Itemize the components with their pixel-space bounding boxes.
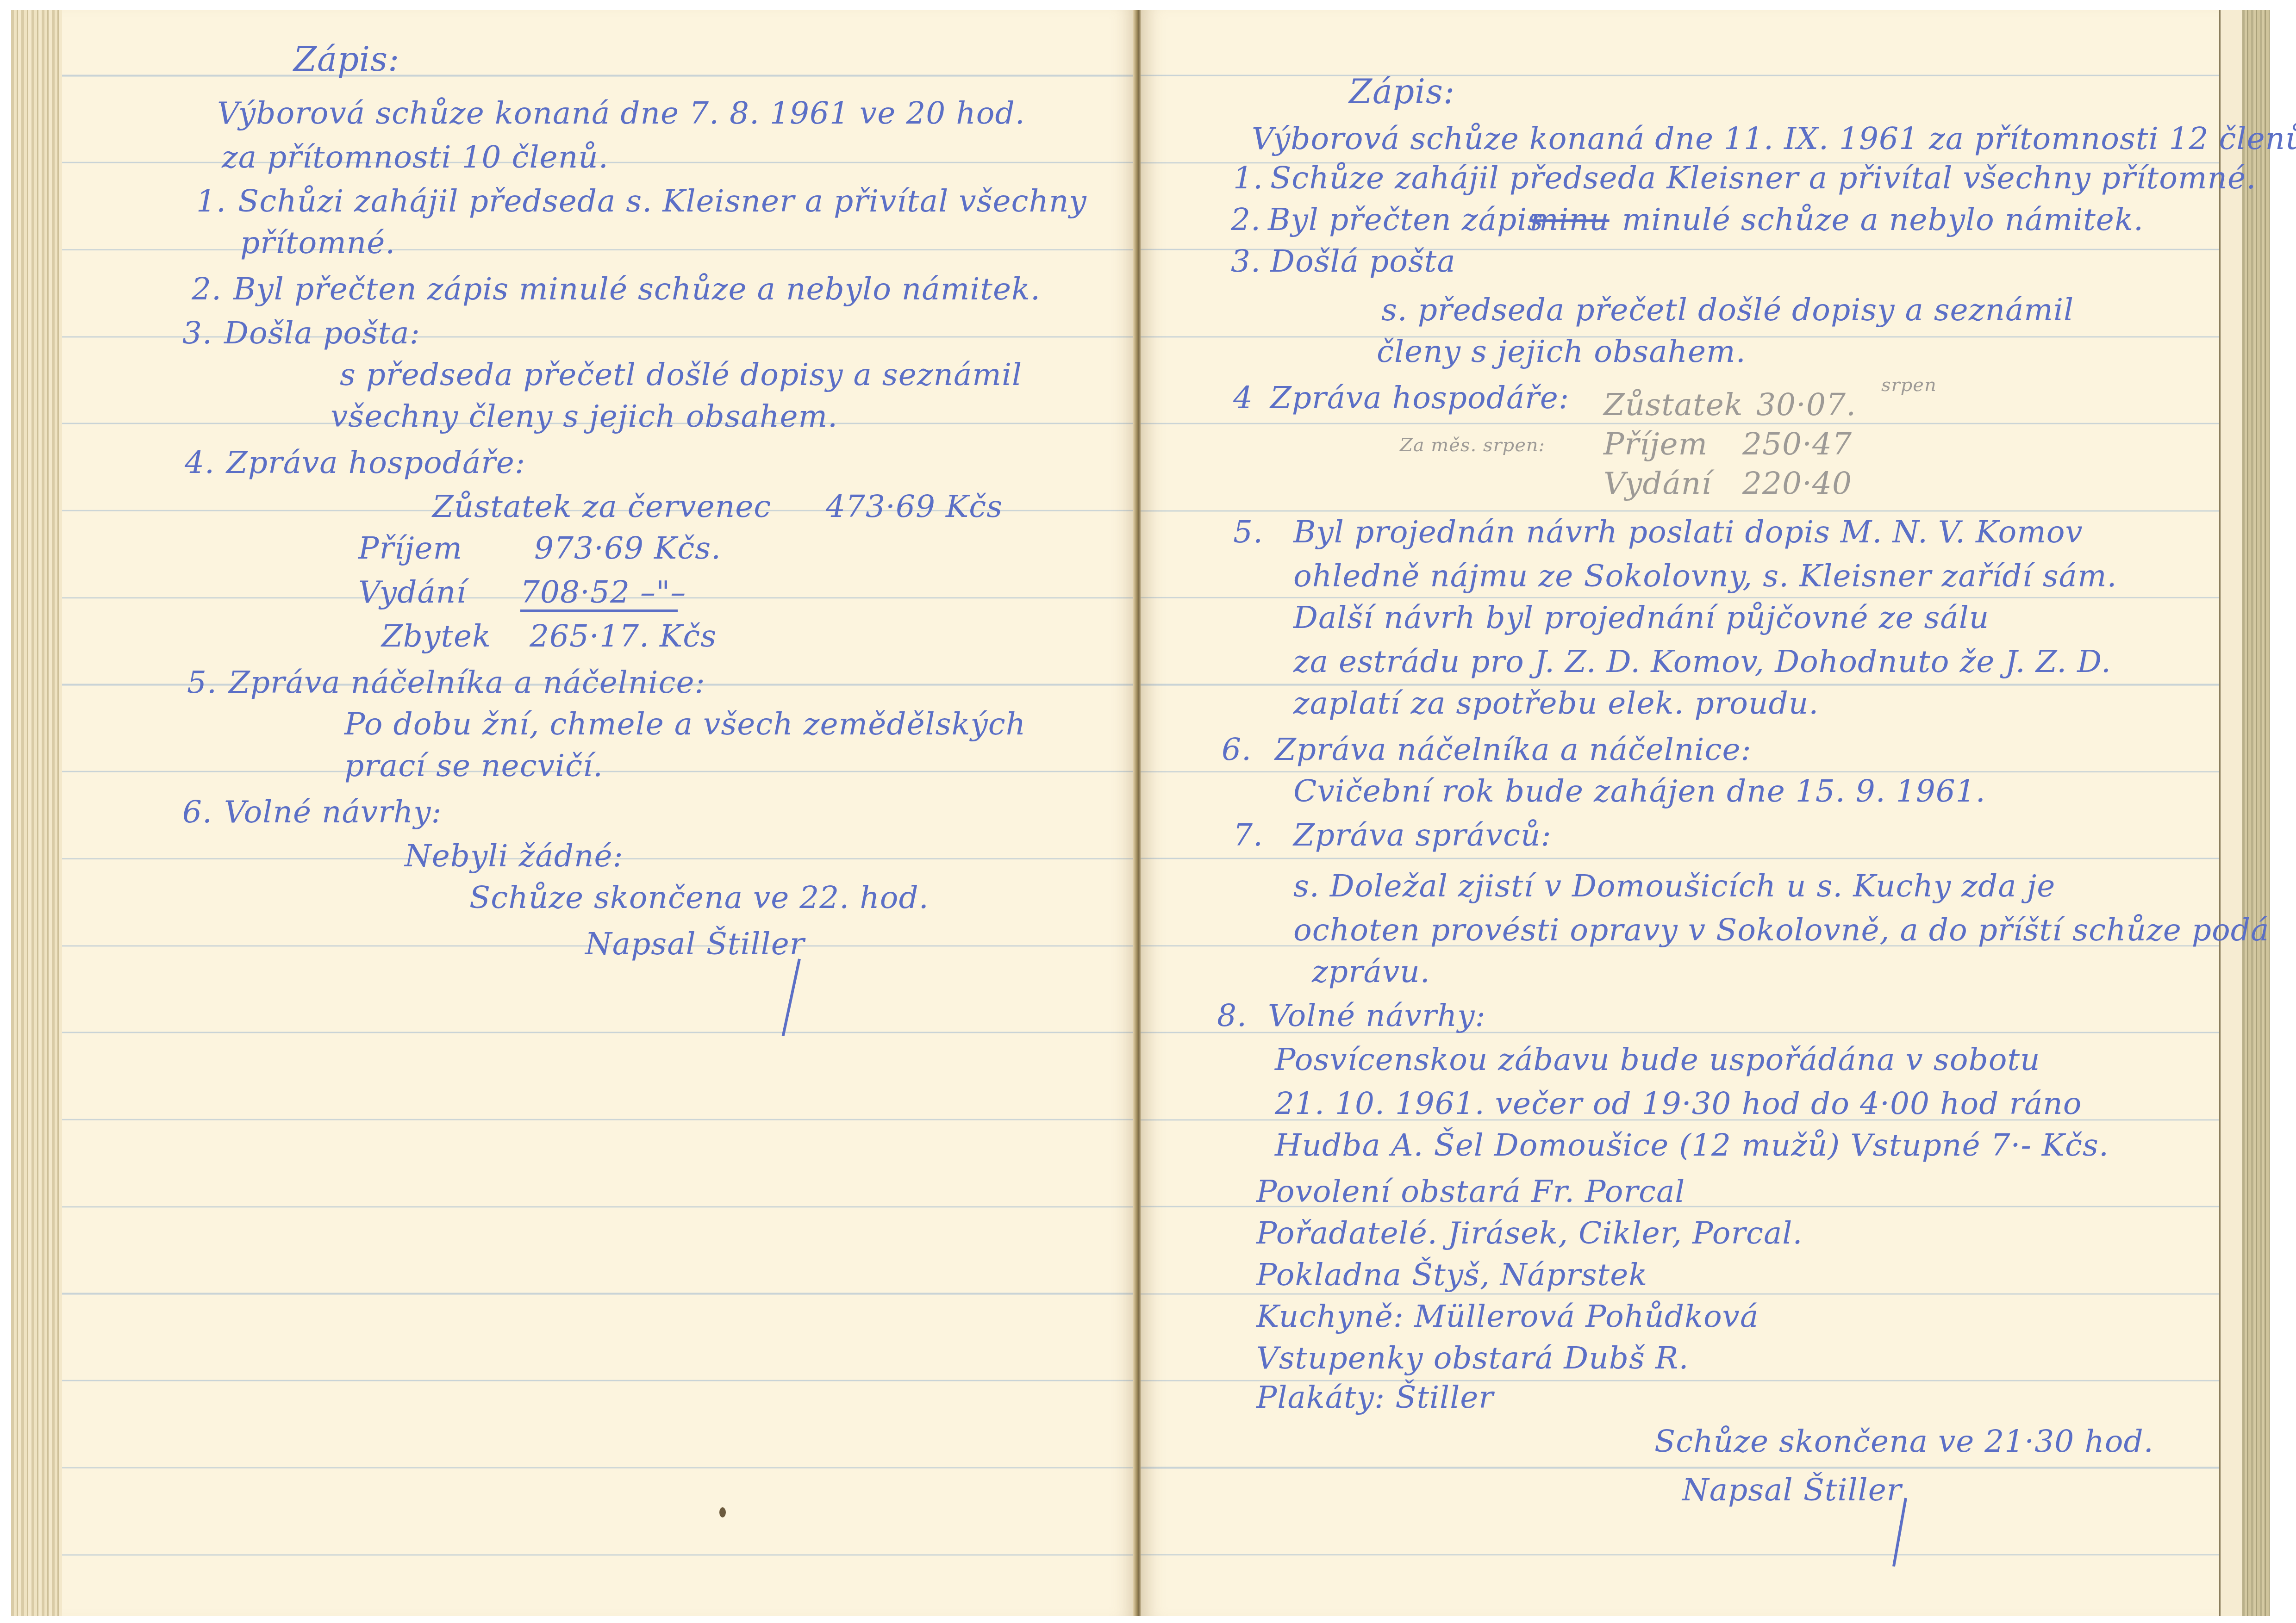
pencil-income-value: 250·47 [1742,429,1852,460]
right-item-8-number: 8. [1217,1001,1247,1031]
right-item-6-number: 6. [1222,734,1252,765]
pencil-balance-label: Zůstatek [1603,390,1743,420]
left-page: Zápis: Výborová schůze konaná dne 7. 8. … [62,10,1136,1616]
pencil-month: srpen [1881,376,1937,394]
expense-value: 708·52 –"– [520,577,678,612]
right-item-2-line-1: Byl přečten zápis [1268,205,1543,235]
right-item-7-line-1: s. Doležal zjistí v Domoušicích u s. Kuc… [1293,871,2055,902]
right-item-5-line-1: Byl projednán návrh poslati dopis M. N. … [1293,517,2083,547]
right-item-7-number: 7. [1233,820,1263,851]
left-item-6-line-1: Nebyli žádné: [405,841,624,871]
right-item-3-heading: Došlá pošta [1270,246,1456,277]
page-edges-right [2242,10,2270,1616]
right-item-7-heading: Zpráva správců: [1293,820,1552,851]
right-item-7-line-2: ochoten provésti opravy v Sokolovně, a d… [1293,915,2269,945]
right-item-6-line-1: Cvičební rok bude zahájen dne 15. 9. 196… [1293,776,1986,807]
left-item-2-line-1: Byl přečten zápis minulé schůze a nebylo… [233,274,1041,305]
expense-label: Vydání [358,577,467,608]
left-item-6-number: 6. [182,797,212,827]
left-item-5-line-1: Po dobu žní, chmele a všech zemědělských [344,709,1026,740]
right-item-8-line-1: Posvícenskou zábavu bude uspořádána v so… [1275,1045,2040,1075]
left-item-4-heading: Zpráva hospodáře: [226,448,525,478]
right-page: Zápis: Výborová schůze konaná dne 11. IX… [1141,10,2221,1616]
right-item-4-heading: Zpráva hospodáře: [1270,383,1569,413]
pencil-balance-value: 30·07. [1756,390,1856,420]
right-item-7-line-3: zprávu. [1312,957,1430,987]
left-item-2-number: 2. [192,274,222,305]
right-signature: Napsal Štiller [1682,1475,1902,1505]
assignment-tickets: Vstupenky obstará Dubš R. [1256,1343,1689,1374]
left-item-3-line-1: s předseda přečetl došlé dopisy a seznám… [340,360,1022,390]
right-item-3-number: 3. [1231,246,1261,277]
pencil-expense-value: 220·40 [1742,468,1852,499]
left-signature: Napsal Štiller [585,929,805,959]
left-item-3-heading: Došla pošta: [224,318,420,348]
assignment-organizers: Pořadatelé. Jirásek, Cikler, Porcal. [1256,1218,1803,1249]
right-item-6-heading: Zpráva náčelníka a náčelnice: [1275,734,1752,765]
left-item-1-line-1: Schůzi zahájil předseda s. Kleisner a př… [238,186,1087,217]
right-item-1-number: 1. [1233,163,1263,193]
income-value: 973·69 Kčs. [534,533,721,564]
right-item-5-line-4: za estrádu pro J. Z. D. Komov, Dohodnuto… [1293,647,2111,677]
right-item-2-line-2: minulé schůze a nebylo námitek. [1622,205,2144,235]
right-item-8-line-2: 21. 10. 1961. večer od 19·30 hod do 4·00… [1275,1088,2082,1119]
right-item-3-line-2: členy s jejich obsahem. [1377,336,1746,367]
left-title: Zápis: [293,43,399,76]
right-item-5-number: 5. [1233,517,1263,547]
assignment-permit: Povolení obstará Fr. Porcal [1256,1176,1685,1207]
remainder-value: 265·17. Kčs [530,621,717,652]
remainder-label: Zbytek [381,621,491,652]
right-title: Zápis: [1349,75,1455,108]
signature-flourish-right [1892,1498,1907,1567]
right-item-8-line-3: Hudba A. Šel Domoušice (12 mužů) Vstupné… [1275,1130,2109,1161]
pencil-expense-label: Vydání [1603,468,1712,499]
right-item-5-line-2: ohledně nájmu ze Sokolovny, s. Kleisner … [1293,561,2117,591]
right-item-5-line-5: zaplatí za spotřebu elek. proudu. [1293,688,1819,719]
left-item-5-number: 5. [187,667,217,698]
pencil-period-label: Za měs. srpen: [1400,436,1545,454]
balance-value: 473·69 Kčs [826,491,1003,522]
assignment-cashier: Pokladna Štyš, Náprstek [1256,1260,1647,1290]
right-item-4-number: 4 [1233,383,1253,413]
right-item-3-line-1: s. předseda přečetl došlé dopisy a sezná… [1381,295,2074,325]
ink-spot [719,1507,726,1517]
right-item-1-line-1: Schůze zahájil předseda Kleisner a přiví… [1270,163,2256,193]
balance-label: Zůstatek za červenec [432,491,771,522]
left-intro-line-1: Výborová schůze konaná dne 7. 8. 1961 ve… [217,98,1025,129]
right-item-2-number: 2. [1231,205,1261,235]
left-item-6-heading: Volné návrhy: [224,797,442,827]
right-intro: Výborová schůze konaná dne 11. IX. 1961 … [1252,124,2296,154]
left-item-4-number: 4. [185,448,215,478]
signature-flourish [782,958,801,1036]
left-item-1-number: 1. [196,186,226,217]
right-item-5-line-3: Další návrh byl projednání půjčovné ze s… [1293,603,1989,633]
left-closing: Schůze skončena ve 22. hod. [469,883,929,913]
left-item-5-heading: Zpráva náčelníka a náčelnice: [229,667,705,698]
left-item-5-line-2: prací se necvičí. [344,751,603,781]
left-item-3-number: 3. [182,318,212,348]
left-item-3-line-2: všechny členy s jejich obsahem. [331,401,838,432]
left-intro-line-2: za přítomnosti 10 členů. [222,142,609,173]
left-item-1-line-2: přítomné. [240,228,395,258]
page-edges-left [11,10,62,1616]
pencil-income-label: Příjem [1603,429,1708,460]
income-label: Příjem [358,533,462,564]
assignment-kitchen: Kuchyně: Müllerová Pohůdková [1256,1301,1759,1332]
right-closing: Schůze skončena ve 21·30 hod. [1654,1426,2154,1457]
assignment-posters: Plakáty: Štiller [1256,1382,1494,1413]
right-item-8-heading: Volné návrhy: [1268,1001,1486,1031]
struck-word: minu [1529,205,1610,235]
notebook-spread: Zápis: Výborová schůze konaná dne 7. 8. … [11,10,2270,1616]
